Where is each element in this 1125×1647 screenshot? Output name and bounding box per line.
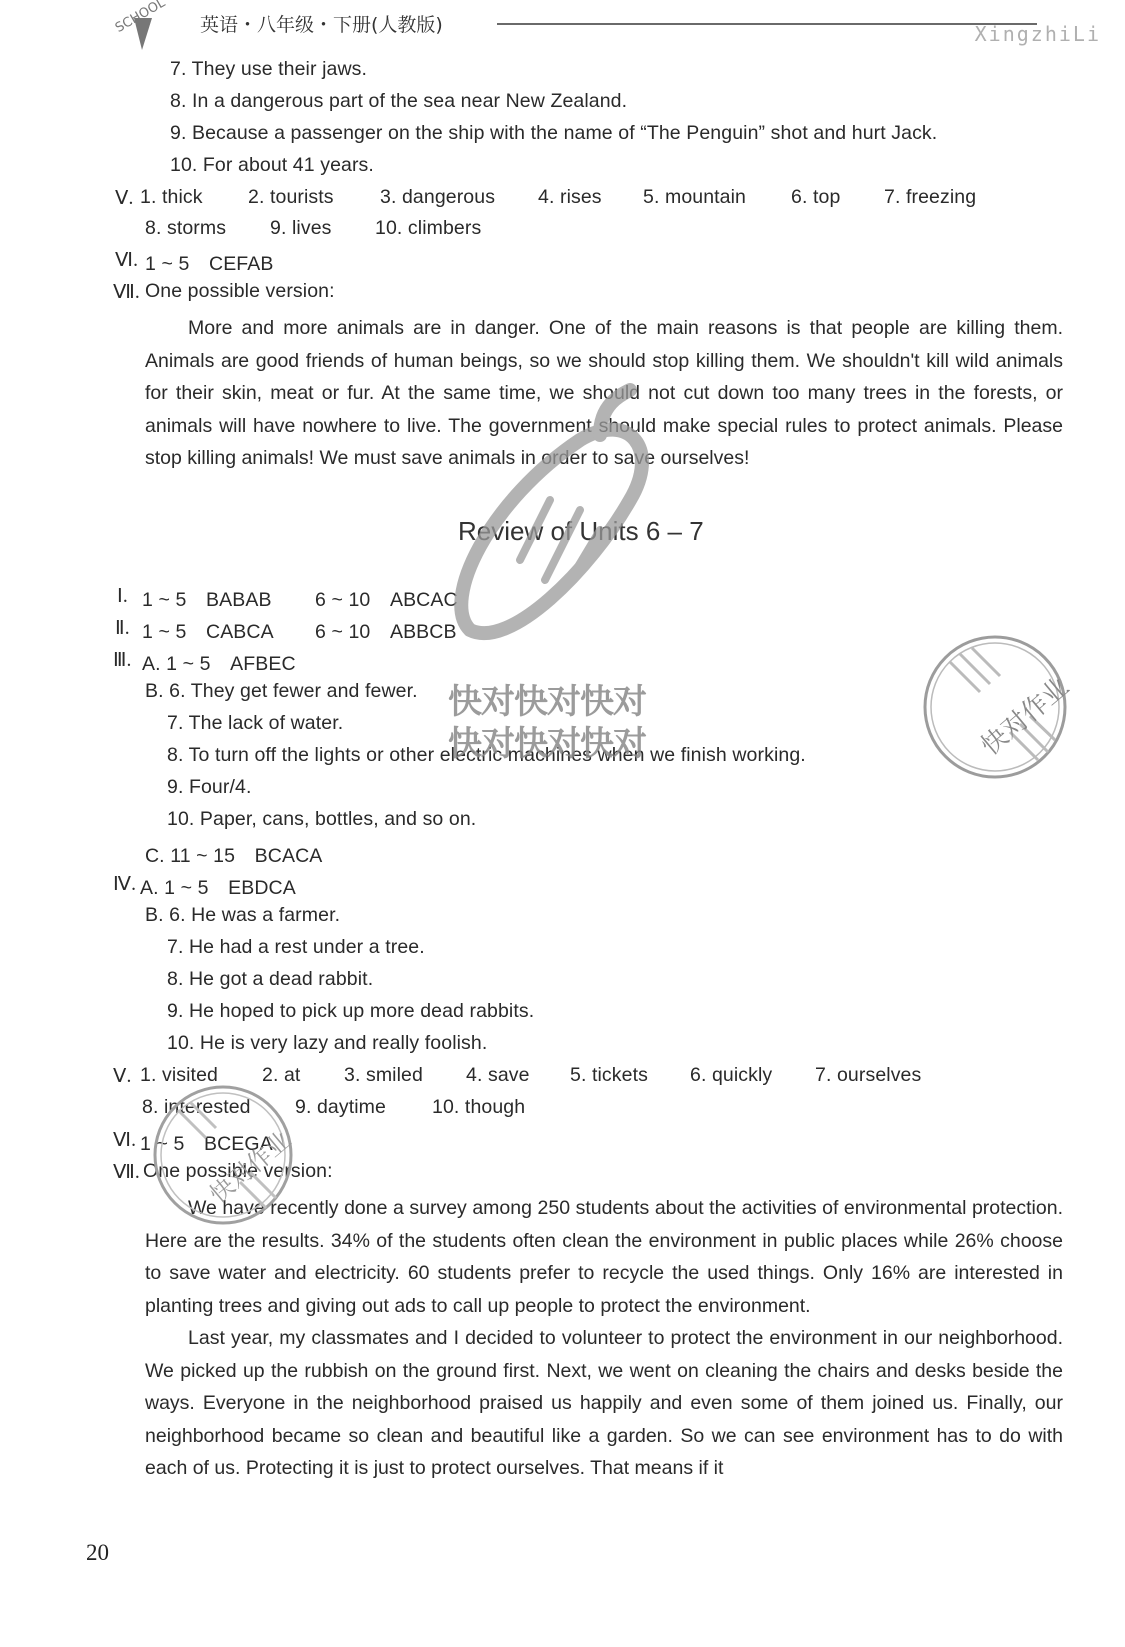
- school-logo-icon: SCHOOL: [112, 0, 172, 55]
- answer-item: 7. He had a rest under a tree.: [167, 936, 425, 959]
- part-label: Ⅶ.: [113, 280, 140, 304]
- answer-word: 10. climbers: [375, 217, 481, 240]
- stamp-icon: 快对作业: [148, 1080, 298, 1230]
- part-label: Ⅰ.: [117, 584, 128, 608]
- answer-item: B. 6. He was a farmer.: [145, 904, 340, 927]
- answer-item: 10. Paper, cans, bottles, and so on.: [167, 808, 476, 831]
- answer-item: 9. He hoped to pick up more dead rabbits…: [167, 1000, 534, 1023]
- answer-word: 9. daytime: [295, 1096, 386, 1119]
- answer-key: A. 1 ~ 5 EBDCA: [140, 872, 296, 900]
- answer-word: 6. quickly: [690, 1064, 772, 1087]
- answer-item: 9. Because a passenger on the ship with …: [170, 122, 937, 145]
- answer-key: C. 11 ~ 15 BCACA: [145, 840, 322, 868]
- header-divider: [497, 23, 1037, 25]
- answer-item: 8. He got a dead rabbit.: [167, 968, 373, 991]
- answer-key: A. 1 ~ 5 AFBEC: [142, 648, 296, 676]
- carrot-watermark-icon: [430, 380, 680, 660]
- part-label: Ⅴ.: [115, 186, 133, 210]
- svg-text:快对作业: 快对作业: [976, 672, 1070, 762]
- essay-paragraph: Last year, my classmates and I decided t…: [145, 1322, 1063, 1485]
- answer-key: 1 ~ 5 CEFAB: [145, 248, 273, 276]
- answer-word: 8. storms: [145, 217, 226, 240]
- answer-word: 1. thick: [140, 186, 203, 209]
- part-label: Ⅵ.: [115, 248, 138, 272]
- answer-item: 7. The lack of water.: [167, 712, 343, 735]
- answer-item: 10. For about 41 years.: [170, 154, 374, 177]
- part-label: Ⅵ.: [113, 1128, 136, 1152]
- answer-word: 3. dangerous: [380, 186, 495, 209]
- answer-word: 3. smiled: [344, 1064, 423, 1087]
- part-label: Ⅲ.: [113, 648, 132, 672]
- answer-word: 4. save: [466, 1064, 530, 1087]
- answer-key: 1 ~ 5 BABAB: [142, 584, 272, 612]
- answer-word: 2. tourists: [248, 186, 334, 209]
- part-label: Ⅶ.: [113, 1160, 140, 1184]
- essay-heading: One possible version:: [145, 280, 335, 303]
- answer-word: 5. tickets: [570, 1064, 648, 1087]
- watermark-text: 快对快对快对: [448, 716, 646, 765]
- answer-item: B. 6. They get fewer and fewer.: [145, 680, 418, 703]
- answer-key: 1 ~ 5 CABCA: [142, 616, 274, 644]
- answer-word: 5. mountain: [643, 186, 746, 209]
- answer-item: 10. He is very lazy and really foolish.: [167, 1032, 487, 1055]
- answer-item: 7. They use their jaws.: [170, 58, 367, 81]
- answer-word: 10. though: [432, 1096, 525, 1119]
- svg-text:快对作业: 快对作业: [205, 1126, 297, 1209]
- stamp-icon: 快对作业: [920, 632, 1070, 782]
- page-number: 20: [86, 1540, 109, 1566]
- part-label: Ⅱ.: [115, 616, 130, 640]
- answer-item: 9. Four/4.: [167, 776, 251, 799]
- book-title: 英语・八年级・下册(人教版): [200, 10, 443, 37]
- answer-word: 7. freezing: [884, 186, 976, 209]
- header-watermark: XingzhiLi: [975, 22, 1101, 46]
- part-label: Ⅴ.: [113, 1064, 131, 1088]
- answer-word: 4. rises: [538, 186, 602, 209]
- answer-word: 9. lives: [270, 217, 332, 240]
- answer-word: 6. top: [791, 186, 840, 209]
- answer-item: 8. In a dangerous part of the sea near N…: [170, 90, 627, 113]
- answer-word: 7. ourselves: [815, 1064, 921, 1087]
- part-label: Ⅳ.: [113, 872, 136, 896]
